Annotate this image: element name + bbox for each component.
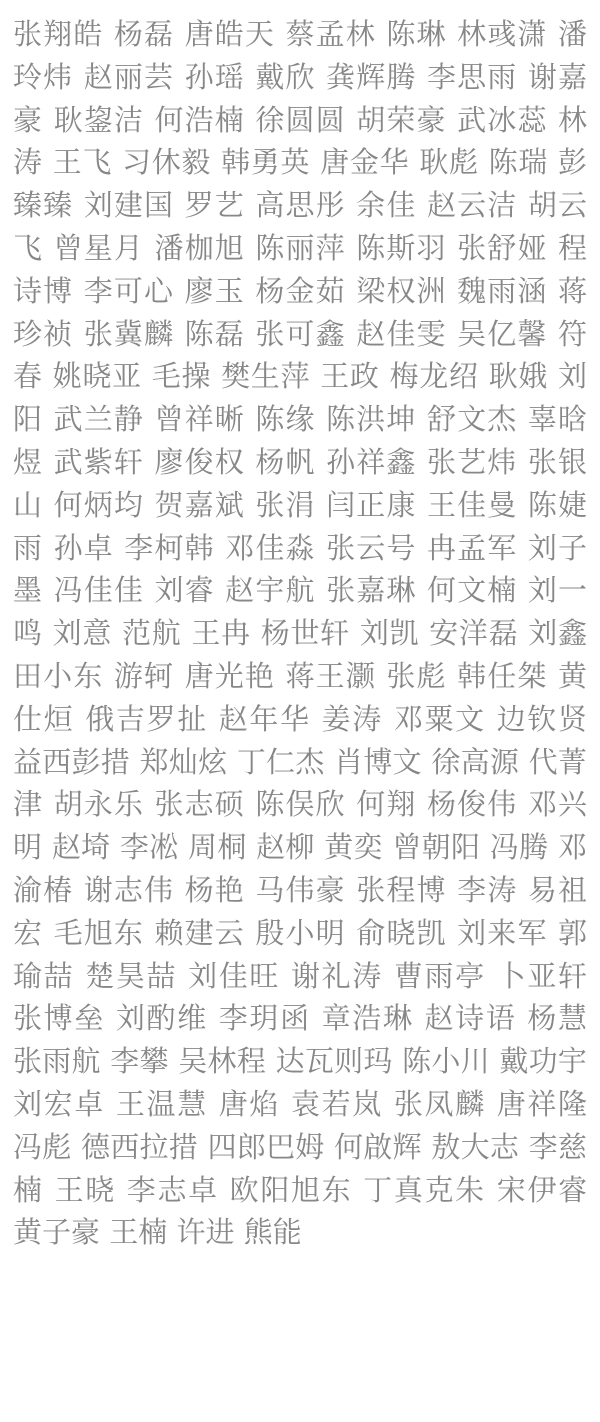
person-name: 罗艺 (185, 188, 245, 222)
person-name: 张涓 (255, 488, 315, 522)
person-name: 唐祥隆 (497, 1087, 587, 1121)
person-name: 王楠 (109, 1215, 167, 1249)
person-name: 陈小川 (402, 1044, 490, 1078)
person-name: 赵宇航 (225, 573, 316, 607)
person-name: 卜亚轩 (497, 959, 587, 993)
person-name: 刘睿 (154, 573, 214, 607)
person-name: 张可鑫 (255, 317, 346, 351)
person-name: 何炳均 (54, 488, 145, 522)
person-name: 王冉 (191, 616, 250, 650)
person-name: 何浩楠 (154, 103, 245, 137)
person-name: 徐圆圆 (255, 103, 346, 137)
person-name: 刘鑫 (528, 616, 587, 650)
person-name: 舒文杰 (427, 402, 518, 436)
person-name: 王飞 (53, 145, 112, 179)
person-name: 刘凯 (360, 616, 419, 650)
person-name: 梁权洲 (356, 274, 447, 308)
person-name: 张舒娅 (457, 231, 548, 265)
person-name: 刘建国 (84, 188, 175, 222)
person-name: 蔡孟林 (286, 17, 377, 51)
person-name: 梅龙绍 (390, 359, 479, 393)
person-name: 赖建云 (154, 916, 245, 950)
person-name: 武紫轩 (54, 445, 145, 479)
person-name: 边钦贤 (497, 702, 587, 736)
person-name: 周桐 (188, 830, 247, 864)
person-name: 赵诗语 (425, 1001, 517, 1035)
person-name: 张凤麟 (394, 1087, 486, 1121)
person-name: 宋伊睿 (497, 1173, 587, 1207)
person-name: 曹雨亭 (394, 959, 486, 993)
person-name: 张艺炜 (427, 445, 518, 479)
person-name: 王晓 (55, 1173, 116, 1207)
person-name: 范航 (122, 616, 181, 650)
name-list-page: 张翔皓 杨磊 唐皓天 蔡孟林 陈琳 林彧潇 潘玲炜 赵丽芸 孙瑶 戴欣 龚辉腾 … (0, 0, 600, 1422)
person-name: 徐高源 (431, 745, 519, 779)
person-name: 冯彪 (13, 1130, 72, 1164)
person-name: 俞晓凯 (356, 916, 447, 950)
person-name: 毛操 (152, 359, 211, 393)
person-name: 张翔皓 (13, 17, 104, 51)
person-name: 赵佳雯 (356, 317, 447, 351)
person-name: 耿娥 (489, 359, 548, 393)
person-name: 楚昊喆 (85, 959, 177, 993)
person-name: 杨磊 (114, 17, 174, 51)
person-name: 戴功宇 (499, 1044, 587, 1078)
person-name: 闫正康 (326, 488, 417, 522)
person-name: 刘酌维 (116, 1001, 208, 1035)
person-name: 张云号 (326, 531, 417, 565)
person-name: 欧阳旭东 (230, 1173, 353, 1207)
person-name: 李志卓 (127, 1173, 219, 1207)
person-name: 孙卓 (54, 531, 114, 565)
person-name: 邓粟文 (394, 702, 486, 736)
person-name: 李涛 (457, 873, 517, 907)
person-name: 安洋磊 (429, 616, 518, 650)
person-name: 章浩琳 (322, 1001, 414, 1035)
person-name: 韩任桀 (457, 659, 548, 693)
person-name: 习休毅 (122, 145, 211, 179)
person-name: 陈洪坤 (326, 402, 417, 436)
person-name: 谢志伟 (84, 873, 175, 907)
person-name: 刘佳旺 (188, 959, 280, 993)
person-name: 孙祥鑫 (326, 445, 417, 479)
person-name: 肖博文 (334, 745, 422, 779)
person-name: 韩勇英 (221, 145, 310, 179)
person-name: 武兰静 (54, 402, 145, 436)
person-name: 陈缘 (255, 402, 315, 436)
person-name: 赵云洁 (427, 188, 518, 222)
person-name: 唐皓天 (185, 17, 276, 51)
person-name: 李攀 (110, 1044, 169, 1078)
person-name: 许进 (176, 1215, 234, 1249)
person-name: 田小东 (13, 659, 104, 693)
person-name: 陈瑞 (489, 145, 548, 179)
person-name: 廖俊权 (154, 445, 245, 479)
person-name: 刘意 (53, 616, 112, 650)
person-name: 蒋王灏 (286, 659, 377, 693)
person-name: 曾朝阳 (392, 830, 480, 864)
person-name: 唐金华 (320, 145, 409, 179)
person-name: 张冀麟 (84, 317, 175, 351)
person-name: 郑灿炫 (140, 745, 228, 779)
person-name: 刘来军 (457, 916, 548, 950)
person-name: 孙瑶 (185, 60, 245, 94)
person-name: 游轲 (114, 659, 174, 693)
person-name: 丁仁杰 (237, 745, 325, 779)
person-name: 陈琳 (386, 17, 446, 51)
person-name: 张程博 (356, 873, 447, 907)
person-name: 耿彪 (419, 145, 478, 179)
person-name: 唐光艳 (185, 659, 276, 693)
person-name: 陈磊 (185, 317, 245, 351)
person-name: 刘宏卓 (13, 1087, 105, 1121)
person-name: 德西拉措 (81, 1130, 198, 1164)
person-name: 曾星月 (54, 231, 145, 265)
person-name: 魏雨涵 (457, 274, 548, 308)
person-name: 王温慧 (116, 1087, 208, 1121)
person-name: 王佳曼 (427, 488, 518, 522)
person-name: 袁若岚 (291, 1087, 383, 1121)
person-name: 戴欣 (255, 60, 315, 94)
person-name: 张嘉琳 (326, 573, 417, 607)
person-name: 达瓦则玛 (276, 1044, 393, 1078)
person-name: 冉孟军 (427, 531, 518, 565)
person-name: 何啟辉 (334, 1130, 422, 1164)
person-name: 武冰蕊 (457, 103, 548, 137)
person-name: 四郎巴姆 (208, 1130, 325, 1164)
person-name: 王政 (320, 359, 379, 393)
person-name: 樊生萍 (221, 359, 310, 393)
person-name: 吴亿馨 (457, 317, 548, 351)
person-name: 赵柳 (256, 830, 315, 864)
person-name: 杨艳 (185, 873, 245, 907)
person-name: 李思雨 (427, 60, 518, 94)
person-name: 姜涛 (322, 702, 383, 736)
person-name: 杨世轩 (261, 616, 350, 650)
person-name: 林彧潇 (457, 17, 548, 51)
person-name: 胡荣豪 (356, 103, 447, 137)
person-name: 赵埼 (52, 830, 111, 864)
person-name: 杨金茹 (255, 274, 346, 308)
name-list: 张翔皓 杨磊 唐皓天 蔡孟林 陈琳 林彧潇 潘玲炜 赵丽芸 孙瑶 戴欣 龚辉腾 … (0, 0, 600, 1422)
person-name: 李柯韩 (124, 531, 215, 565)
person-name: 毛旭东 (54, 916, 145, 950)
person-name: 黄子豪 (13, 1215, 100, 1249)
person-name: 陈丽萍 (255, 231, 346, 265)
person-name: 赵丽芸 (84, 60, 175, 94)
person-name: 杨俊伟 (427, 787, 518, 821)
person-name: 邓佳淼 (225, 531, 316, 565)
person-name: 何文楠 (427, 573, 518, 607)
person-name: 耿鋆洁 (54, 103, 145, 137)
person-name: 益西彭措 (13, 745, 130, 779)
person-name: 胡永乐 (54, 787, 145, 821)
person-name: 黄奕 (324, 830, 383, 864)
person-name: 陈斯羽 (356, 231, 447, 265)
person-name: 赵年华 (219, 702, 311, 736)
person-name: 李凇 (120, 830, 179, 864)
person-name: 熊能 (244, 1215, 302, 1249)
person-name: 敖大志 (431, 1130, 519, 1164)
person-name: 冯腾 (490, 830, 549, 864)
person-name: 冯佳佳 (54, 573, 145, 607)
person-name: 龚辉腾 (326, 60, 417, 94)
person-name: 陈俣欣 (255, 787, 346, 821)
person-name: 谢礼涛 (291, 959, 383, 993)
person-name: 丁真克朱 (363, 1173, 486, 1207)
person-name: 殷小明 (255, 916, 346, 950)
person-name: 俄吉罗扯 (85, 702, 208, 736)
person-name: 何翔 (356, 787, 416, 821)
person-name: 唐焰 (219, 1087, 280, 1121)
person-name: 吴林程 (178, 1044, 266, 1078)
person-name: 张志硕 (154, 787, 245, 821)
person-name: 杨帆 (255, 445, 315, 479)
person-name: 张彪 (386, 659, 446, 693)
person-name: 张博垒 (13, 1001, 105, 1035)
person-name: 潘枷旭 (154, 231, 245, 265)
person-name: 贺嘉斌 (154, 488, 245, 522)
person-name: 杨慧 (527, 1001, 587, 1035)
person-name: 马伟豪 (255, 873, 346, 907)
person-name: 李玥函 (219, 1001, 311, 1035)
person-name: 余佳 (356, 188, 416, 222)
person-name: 姚晓亚 (53, 359, 142, 393)
person-name: 张雨航 (13, 1044, 101, 1078)
person-name: 李可心 (84, 274, 175, 308)
person-name: 曾祥晰 (154, 402, 245, 436)
person-name: 高思彤 (255, 188, 346, 222)
person-name: 廖玉 (185, 274, 245, 308)
